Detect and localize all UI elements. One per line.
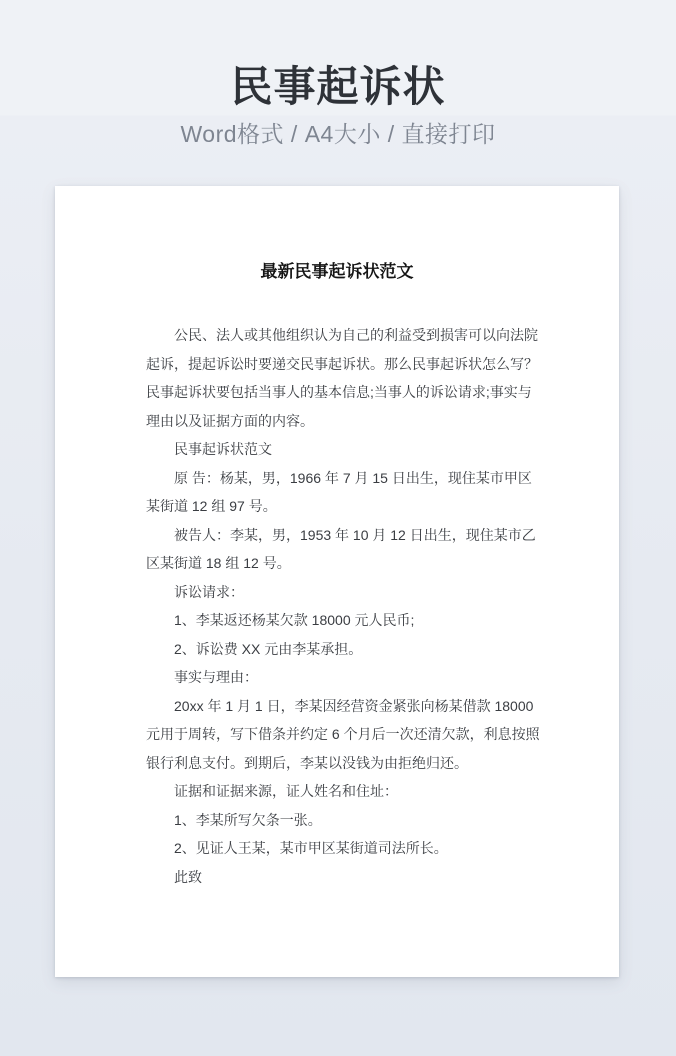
document-line: 原 告：杨某，男，1966 年 7 月 15 日出生，现住某市甲区 bbox=[146, 464, 530, 493]
document-line: 2、诉讼费 XX 元由李某承担。 bbox=[146, 635, 530, 664]
document-line: 1、李某返还杨某欠款 18000 元人民币; bbox=[146, 606, 530, 635]
document-line: 此致 bbox=[146, 863, 530, 892]
document-line: 理由以及证据方面的内容。 bbox=[146, 407, 530, 436]
document-body: 公民、法人或其他组织认为自己的利益受到损害可以向法院起诉，提起诉讼时要递交民事起… bbox=[146, 321, 530, 891]
document-line: 起诉，提起诉讼时要递交民事起诉状。那么民事起诉状怎么写？ bbox=[146, 350, 530, 379]
document-line: 2、见证人王某，某市甲区某街道司法所长。 bbox=[146, 834, 530, 863]
document-title: 最新民事起诉状范文 bbox=[55, 262, 619, 281]
document-line: 区某街道 18 组 12 号。 bbox=[146, 549, 530, 578]
document-line: 民事起诉状要包括当事人的基本信息;当事人的诉讼请求;事实与 bbox=[146, 378, 530, 407]
document-line: 证据和证据来源，证人姓名和住址： bbox=[146, 777, 530, 806]
template-subtitle: Word格式 / A4大小 / 直接打印 bbox=[0, 121, 676, 148]
document-line: 民事起诉状范文 bbox=[146, 435, 530, 464]
document-line: 某街道 12 组 97 号。 bbox=[146, 492, 530, 521]
document-page-preview: 最新民事起诉状范文 公民、法人或其他组织认为自己的利益受到损害可以向法院起诉，提… bbox=[55, 186, 619, 977]
document-line: 公民、法人或其他组织认为自己的利益受到损害可以向法院 bbox=[146, 321, 530, 350]
template-title: 民事起诉状 bbox=[0, 64, 676, 110]
document-line: 元用于周转，写下借条并约定 6 个月后一次还清欠款，利息按照 bbox=[146, 720, 530, 749]
document-line: 事实与理由： bbox=[146, 663, 530, 692]
document-line: 20xx 年 1 月 1 日，李某因经营资金紧张向杨某借款 18000 bbox=[146, 692, 530, 721]
document-line: 1、李某所写欠条一张。 bbox=[146, 806, 530, 835]
document-line: 诉讼请求： bbox=[146, 578, 530, 607]
document-line: 被告人：李某，男，1953 年 10 月 12 日出生，现住某市乙 bbox=[146, 521, 530, 550]
document-line: 银行利息支付。到期后，李某以没钱为由拒绝归还。 bbox=[146, 749, 530, 778]
